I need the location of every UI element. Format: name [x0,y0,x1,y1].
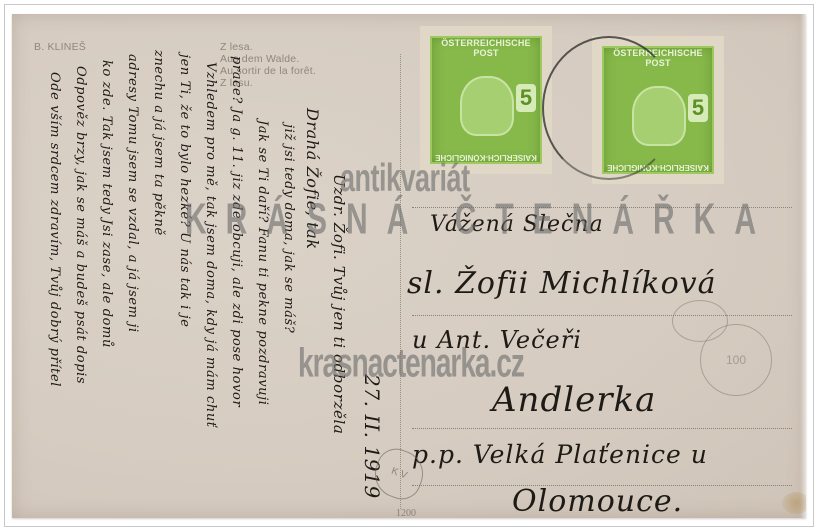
center-divider [400,54,401,509]
message-line: Odpověz brzy, jak se máš a budeš psát do… [73,66,88,384]
publisher-name: B. KLINEŠ [34,41,86,53]
message-line: ko zde. Tak jsem tedy Jsi zase, ale domů [99,60,114,348]
postcard: B. KLINEŠ Z lesa. Aus dem Walde. Au sort… [12,14,806,518]
postage-stamp: ÖSTERREICHISCHE POST 5 KAISERLICH-KÖNIGL… [420,26,552,174]
address-line: Olomouce. [512,484,683,518]
address-rule [412,428,792,429]
watermark-line: antikvariát [340,156,470,201]
caption-line: Z lesa. [220,41,316,53]
faint-postmark-ring [672,300,728,342]
watermark-url: krasnactenarka.cz [298,340,524,386]
message-line: Jak se Ti daří? Fanu ti pekne pozdravuji [255,120,270,406]
address-name: sl. Žofii Michlíková [407,266,717,301]
message-line: znechu a já jsem ta pěkně [151,50,166,236]
watermark-line: KRÁSNÁ ČTENÁŘKA [185,196,775,245]
crown-icon [460,76,514,136]
postmark [542,36,676,180]
stamp-face: ÖSTERREICHISCHE POST 5 KAISERLICH-KÖNIGL… [430,36,542,164]
message-line: adresy Tomu jsem se vzdal, a já jsem ji [125,54,140,333]
address-line: p.p. Velká Plaťenice u [412,440,708,469]
stamp-top-text: ÖSTERREICHISCHE POST [430,38,542,58]
message-line: jen Ti, že to bylo hezké? U nás tak i je [177,54,192,328]
stamp-value: 5 [516,84,536,112]
print-number: 1200 [396,508,416,518]
card-edge [800,14,806,518]
message-line: Ode vším srdcem zdravím, Tvůj dobrý přít… [47,72,62,387]
address-rule [412,315,792,316]
stamp-value: 5 [688,94,708,122]
stain [782,492,806,514]
